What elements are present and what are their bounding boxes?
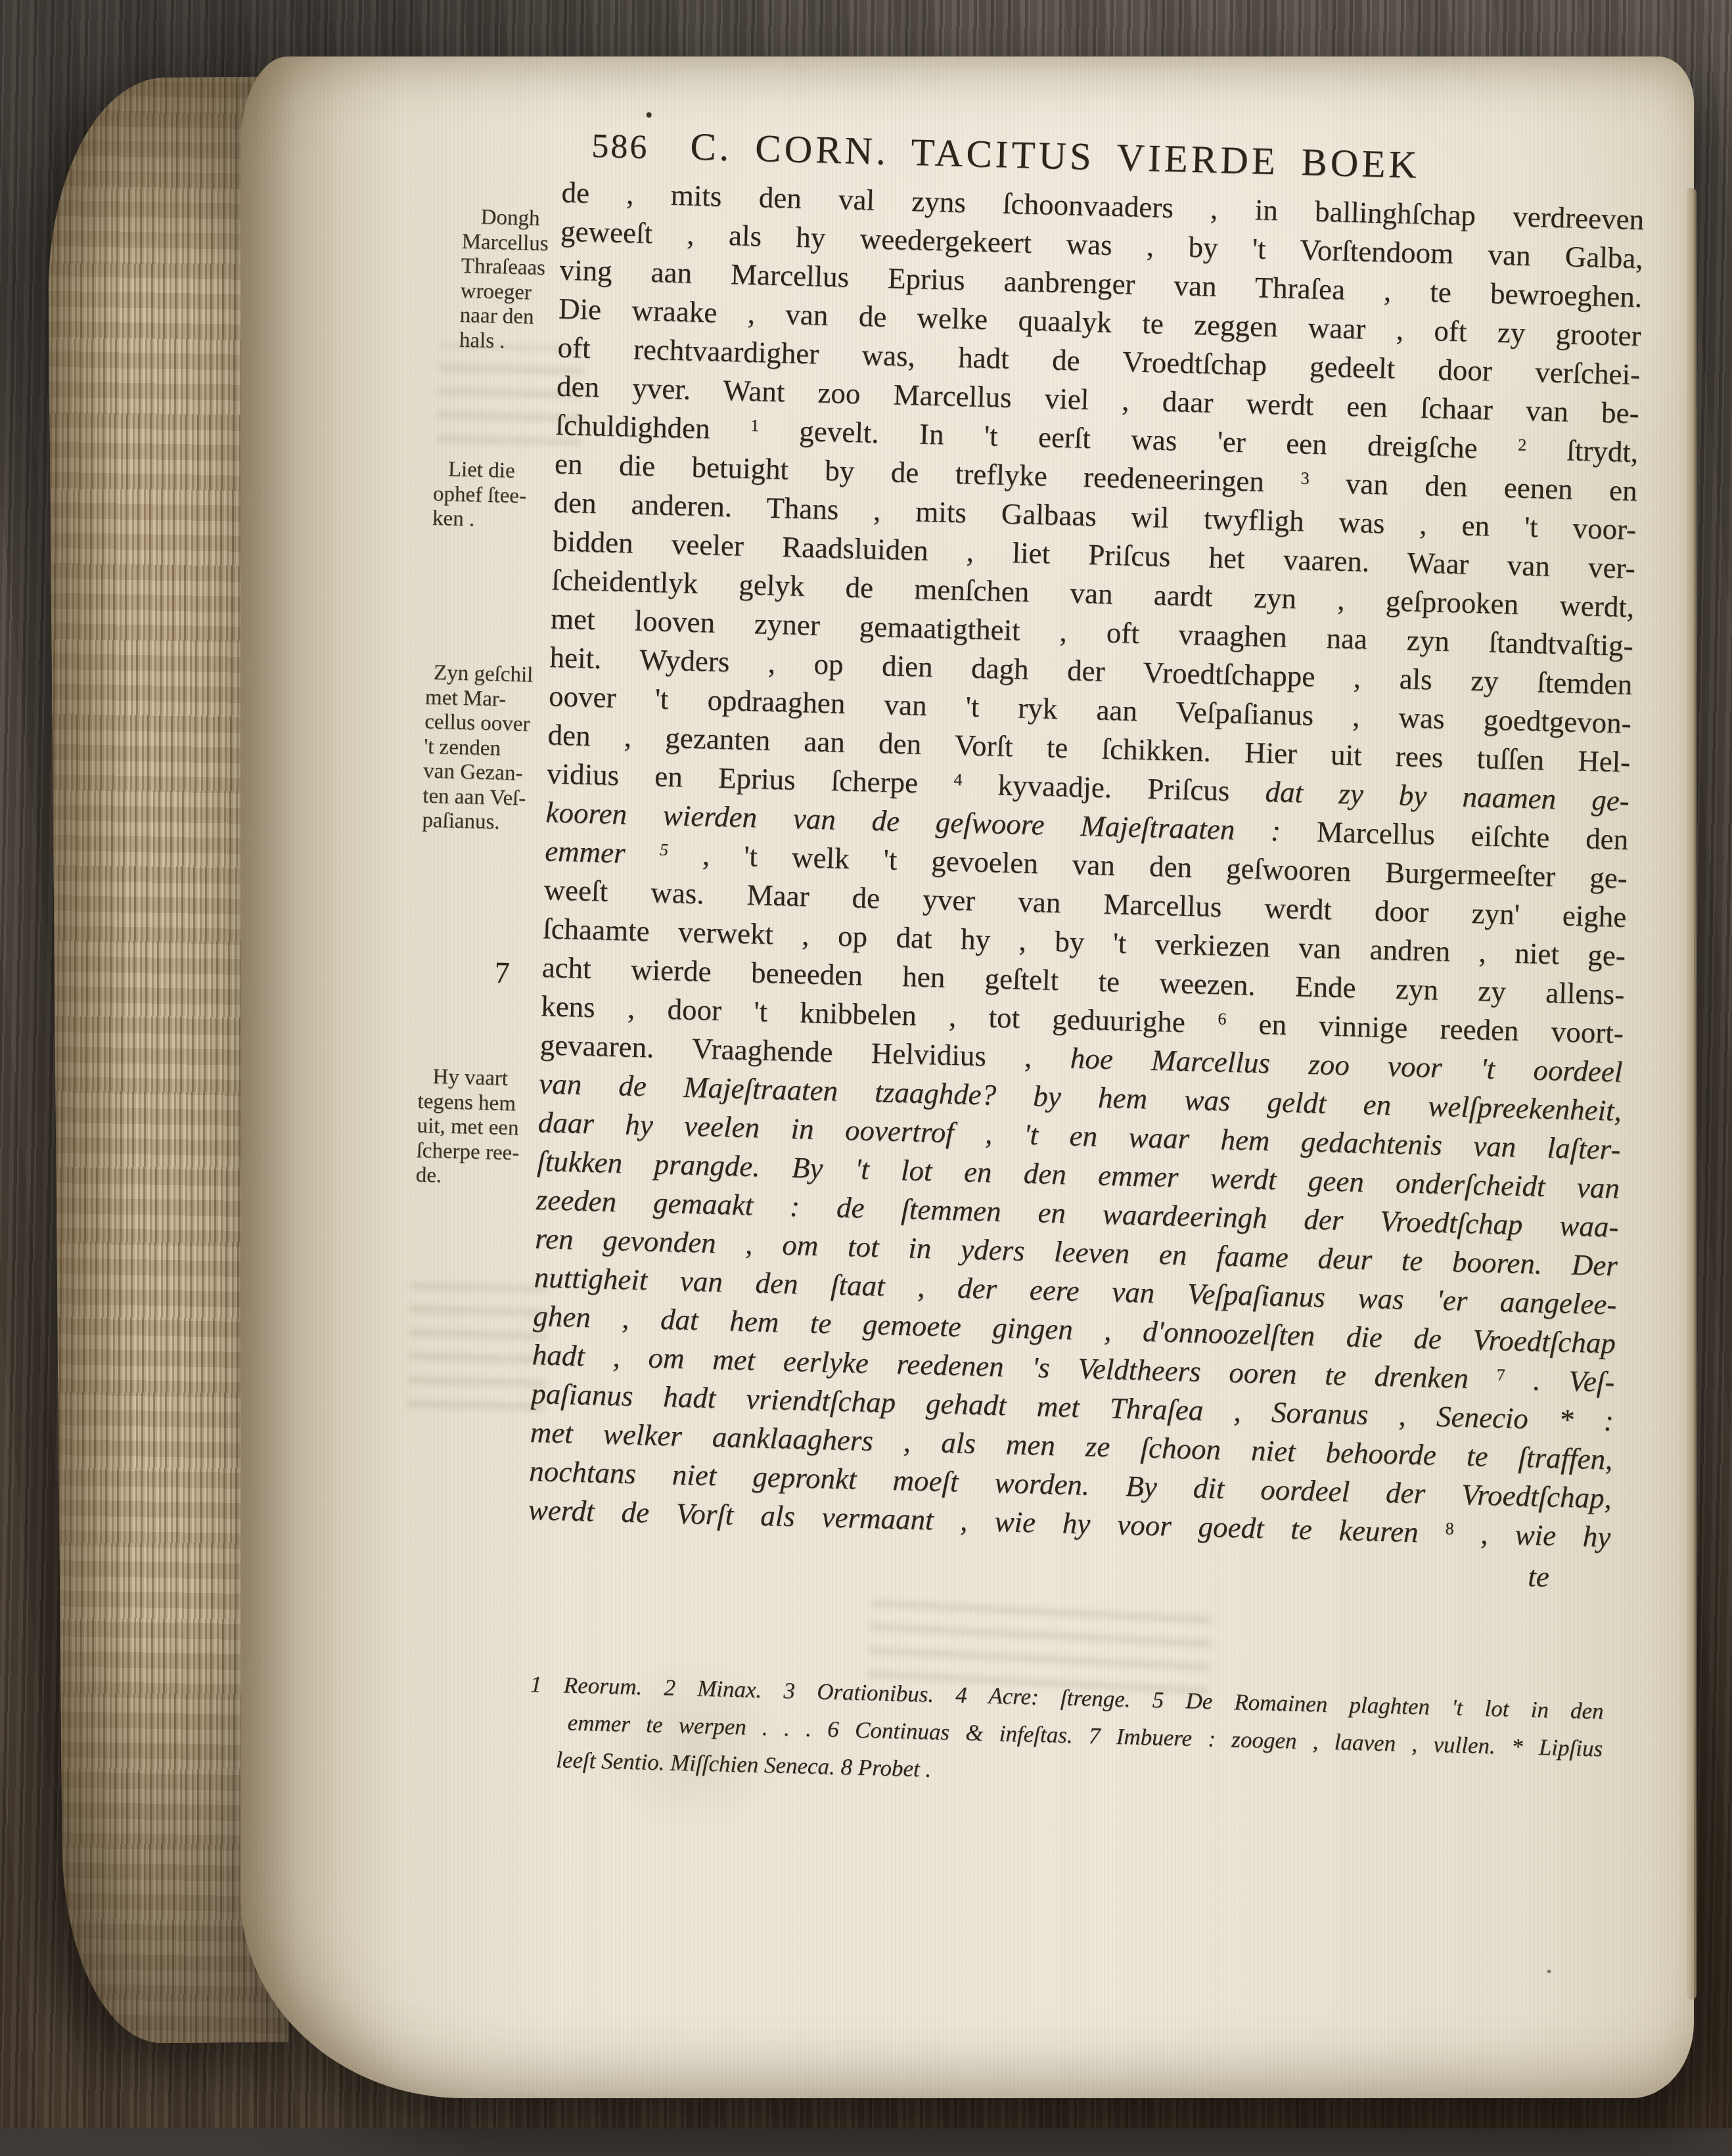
main-text: de , mits den val zyns ſchoonvaaders , i… (528, 173, 1645, 1557)
margin-note-line: paſianus. (422, 809, 562, 837)
margin-note-line: cellus oover (424, 710, 564, 738)
margin-note-line: Hy vaart (418, 1065, 558, 1093)
margin-note-line: 't zenden (424, 734, 564, 763)
margin-note-line: uit, met een (417, 1113, 557, 1142)
margin-note-line: ſcherpe ree- (416, 1138, 556, 1167)
margin-note-line: ten aan Veſ- (422, 784, 562, 812)
footnotes: 1 Reorum. 2 Minax. 3 Orationibus. 4 Acre… (528, 1665, 1605, 1805)
margin-note: Liet dieophef ſtee-ken . (432, 457, 574, 535)
printed-sheet: 586 C. CORN. TACITUS VIERDE BOEK DonghMa… (0, 0, 1732, 2128)
running-header: C. CORN. TACITUS VIERDE BOEK (690, 124, 1421, 188)
wood-table-background: 586 C. CORN. TACITUS VIERDE BOEK DonghMa… (0, 0, 1732, 2128)
margin-note-line: de. (415, 1163, 555, 1191)
margin-note-line: Zyn geſchil (426, 661, 566, 689)
margin-note-line: ken . (432, 506, 572, 535)
margin-note-line: tegens hem (417, 1089, 557, 1117)
page-number: 586 (591, 127, 649, 167)
margin-note-line: van Gezan- (423, 759, 563, 788)
margin-note: Zyn geſchilmet Mar-cellus oover't zenden… (422, 661, 566, 837)
ink-speck (1547, 1969, 1551, 1973)
margin-note-line: Liet die (433, 457, 573, 485)
margin-note-line: ophef ſtee- (432, 482, 572, 510)
bleed-through-smudge (407, 1282, 549, 1410)
ink-speck (647, 112, 652, 118)
margin-note-line: met Mar- (425, 685, 565, 713)
